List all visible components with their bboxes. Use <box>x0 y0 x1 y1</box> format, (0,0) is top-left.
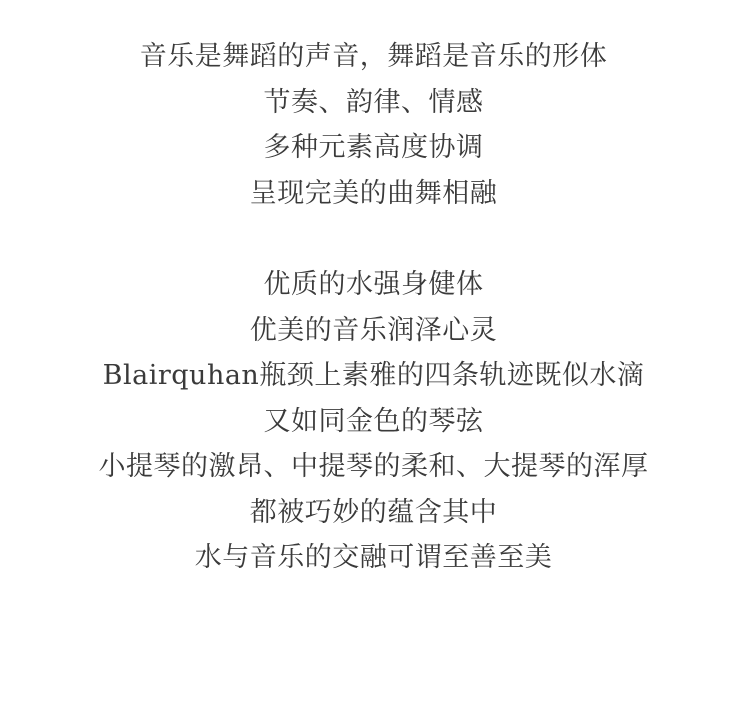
stanza-1: 音乐是舞蹈的声音，舞蹈是音乐的形体 节奏、韵律、情感 多种元素高度协调 呈现完美… <box>0 34 747 216</box>
poem-line: 优美的音乐润泽心灵 <box>0 308 747 354</box>
stanza-spacer <box>0 216 747 262</box>
poem-line: 多种元素高度协调 <box>0 125 747 171</box>
poem-line: Blairquhan瓶颈上素雅的四条轨迹既似水滴 <box>0 353 747 399</box>
poem-line: 水与音乐的交融可谓至善至美 <box>0 535 747 581</box>
poem-line: 又如同金色的琴弦 <box>0 399 747 445</box>
poem-line: 小提琴的激昂、中提琴的柔和、大提琴的浑厚 <box>0 444 747 490</box>
poem-line: 都被巧妙的蕴含其中 <box>0 490 747 536</box>
poem-line: 节奏、韵律、情感 <box>0 80 747 126</box>
poem-line: 音乐是舞蹈的声音，舞蹈是音乐的形体 <box>0 34 747 80</box>
stanza-2: 优质的水强身健体 优美的音乐润泽心灵 Blairquhan瓶颈上素雅的四条轨迹既… <box>0 262 747 581</box>
poem-line: 优质的水强身健体 <box>0 262 747 308</box>
poem-line: 呈现完美的曲舞相融 <box>0 171 747 217</box>
poem-text: 音乐是舞蹈的声音，舞蹈是音乐的形体 节奏、韵律、情感 多种元素高度协调 呈现完美… <box>0 34 747 581</box>
